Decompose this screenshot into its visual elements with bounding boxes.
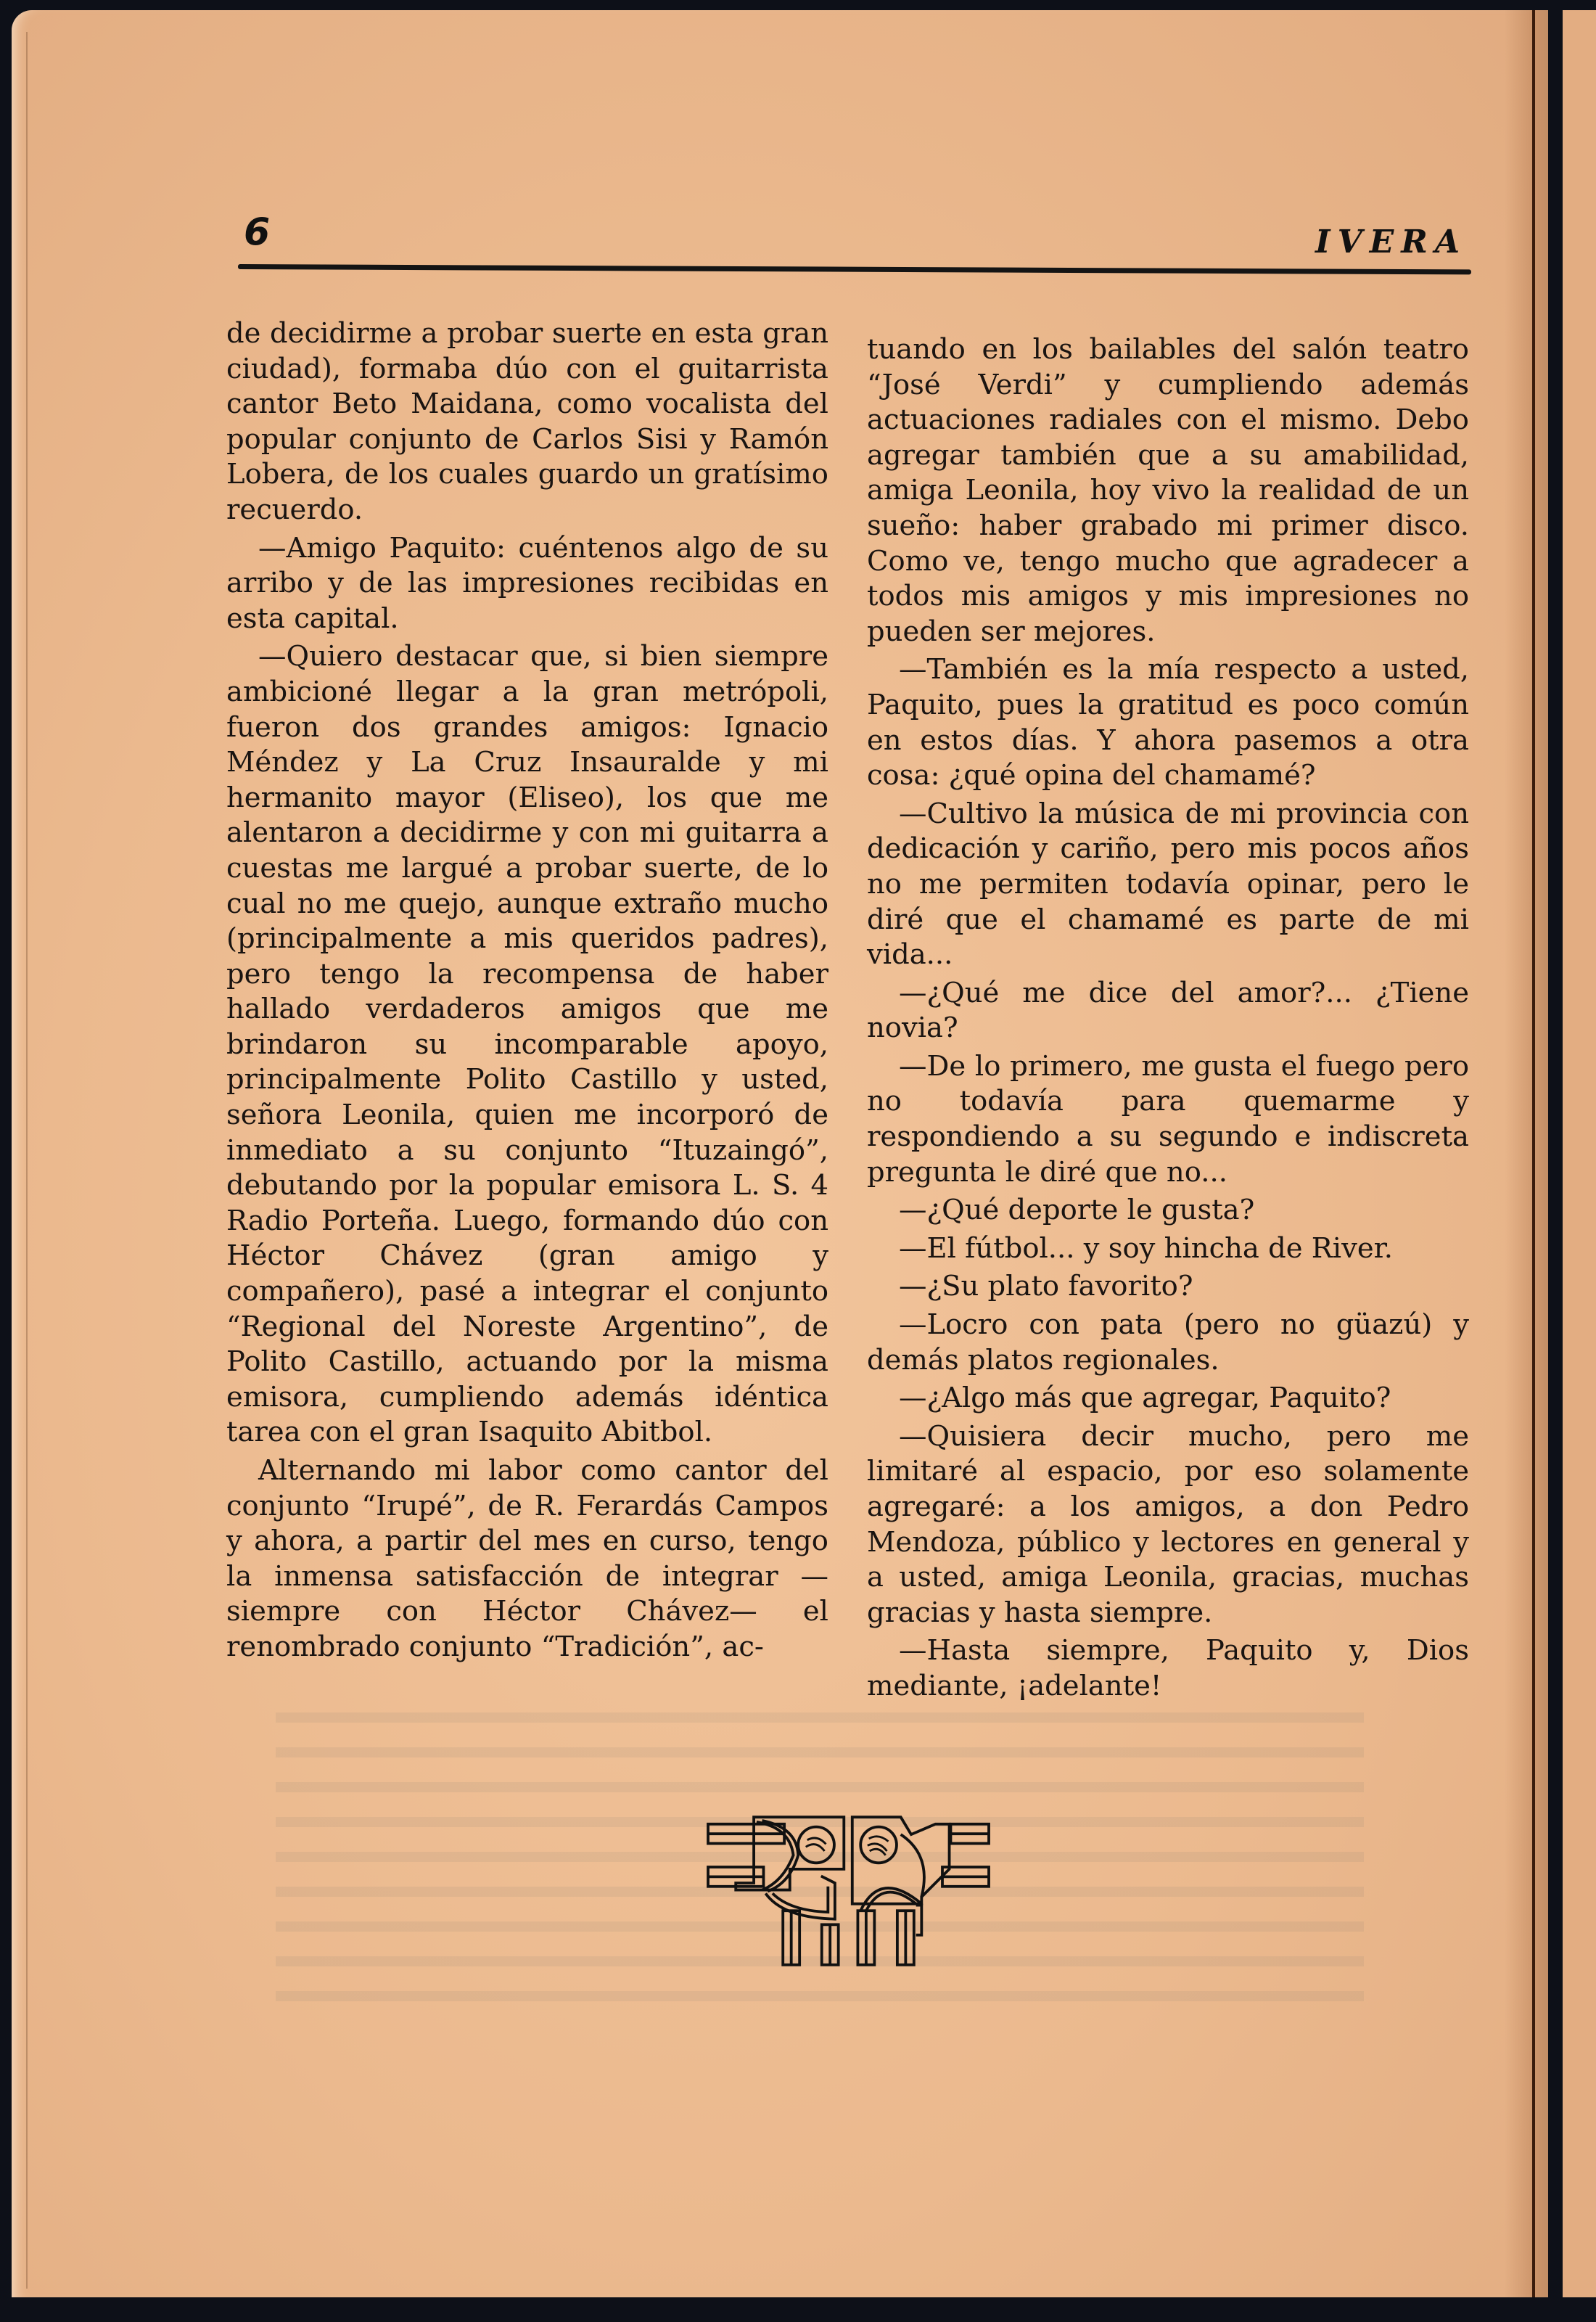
paragraph: —También es la mía respecto a usted, Paq… bbox=[867, 652, 1469, 793]
paragraph: —El fútbol... y soy hincha de River. bbox=[867, 1231, 1469, 1267]
paragraph: —¿Qué deporte le gusta? bbox=[867, 1193, 1469, 1228]
paragraph: tuando en los bailables del salón teatro… bbox=[867, 332, 1469, 649]
paragraph: —¿Su plato favorito? bbox=[867, 1269, 1469, 1305]
binding-shadow bbox=[1505, 10, 1548, 2297]
paragraph: —Quisiera decir mucho, pero me limitaré … bbox=[867, 1419, 1469, 1631]
article-column-right: tuando en los bailables del salón teatro… bbox=[867, 332, 1469, 1707]
paragraph: —Locro con pata (pero no güazú) y demás … bbox=[867, 1308, 1469, 1378]
adjacent-page-edge bbox=[1563, 10, 1596, 2297]
paragraph: —¿Algo más que agregar, Paquito? bbox=[867, 1381, 1469, 1416]
paragraph: —Amigo Paquito: cuéntenos algo de su arr… bbox=[226, 531, 828, 637]
binding-line bbox=[1532, 10, 1535, 2297]
guarani-geometric-ornament-icon bbox=[693, 1800, 1005, 1966]
paragraph: —Hasta siempre, Paquito y, Dios mediante… bbox=[867, 1633, 1469, 1704]
paragraph: de decidirme a probar suerte en esta gra… bbox=[226, 316, 828, 528]
paragraph: Alternando mi labor como cantor del conj… bbox=[226, 1453, 828, 1665]
paragraph: —¿Qué me dice del amor?... ¿Tiene novia? bbox=[867, 976, 1469, 1046]
running-header: 6 IVERA bbox=[238, 210, 1471, 268]
article-column-left: de decidirme a probar suerte en esta gra… bbox=[226, 316, 828, 1668]
paragraph: —De lo primero, me gusta el fuego pero n… bbox=[867, 1049, 1469, 1190]
page-edge-line bbox=[26, 32, 28, 2289]
paragraph: —Cultivo la música de mi provincia con d… bbox=[867, 797, 1469, 973]
page-number: 6 bbox=[244, 210, 270, 254]
magazine-title: IVERA bbox=[1315, 223, 1467, 260]
paragraph: —Quiero destacar que, si bien siempre am… bbox=[226, 639, 828, 1451]
